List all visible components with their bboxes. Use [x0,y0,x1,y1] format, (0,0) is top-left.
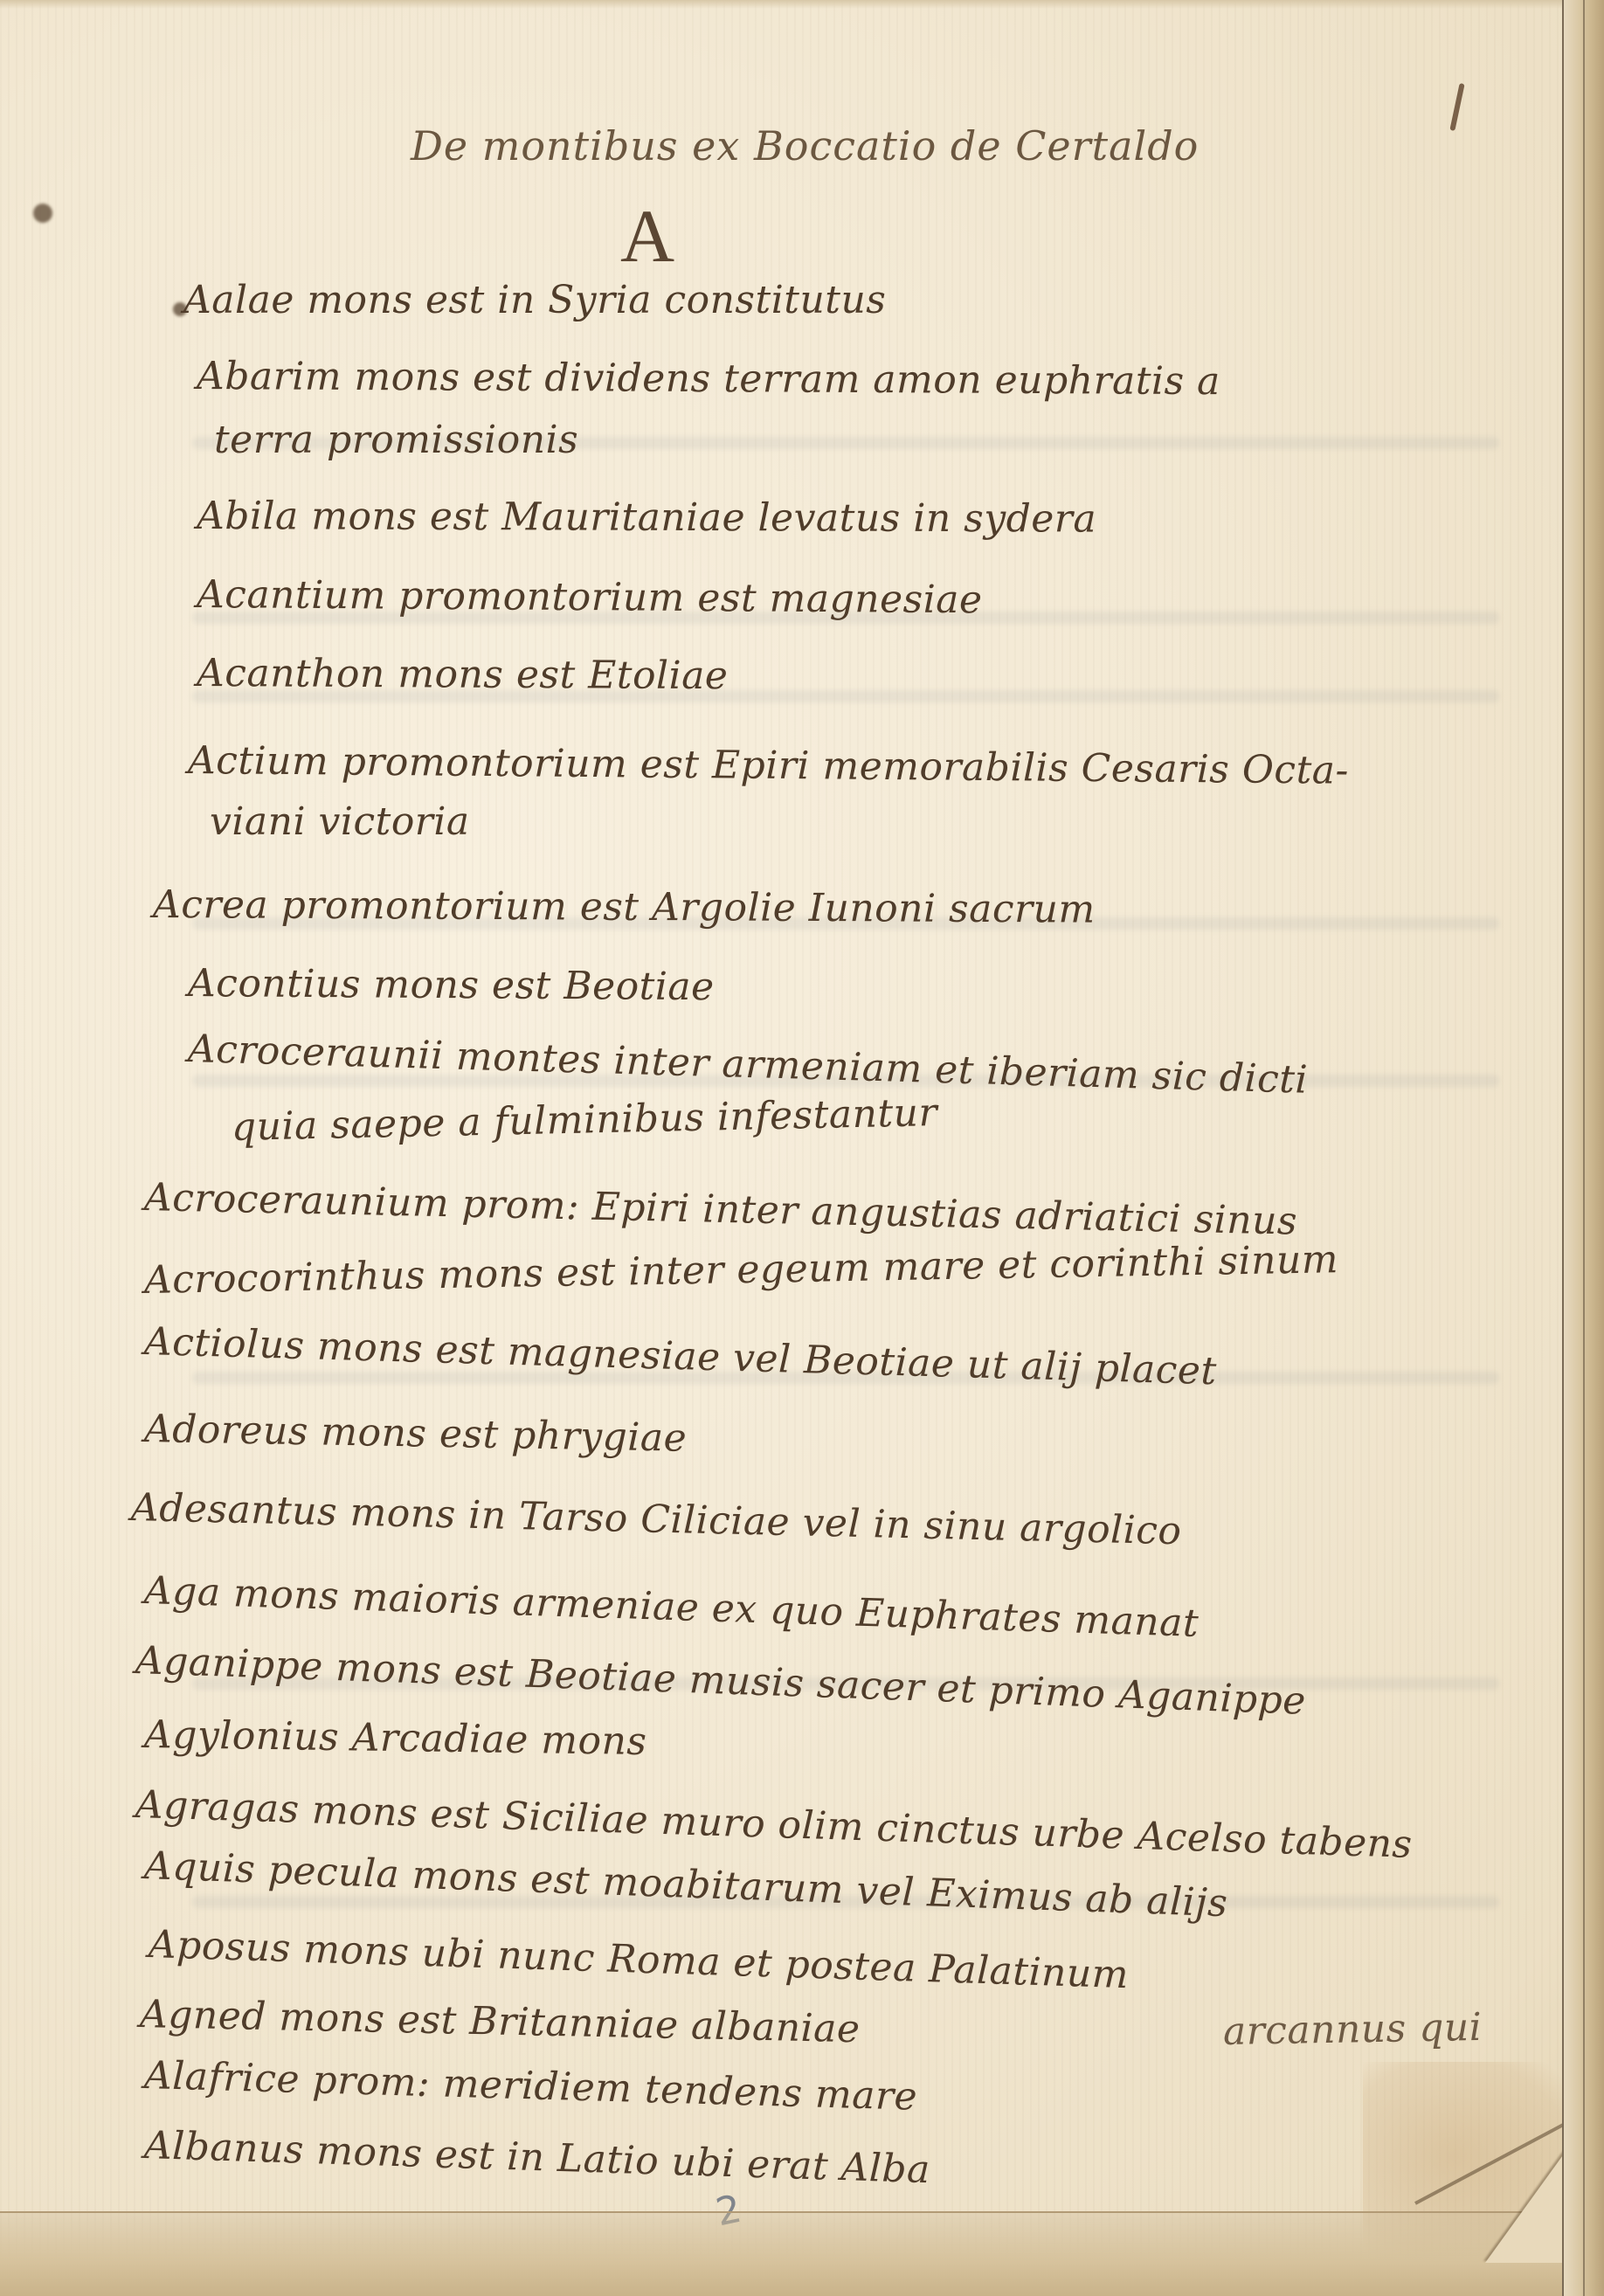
manuscript-line: viani victoria [210,799,470,844]
stained-bottom-margin [0,2211,1604,2296]
manuscript-line: Aalae mons est in Syria constitutus [183,278,886,322]
manuscript-line: Acontius mons est Beotiae [188,961,715,1009]
manuscript-line: Abila mons est Mauritaniae levatus in sy… [197,494,1096,542]
manuscript-line: Abarim mons est dividens terram amon eup… [197,354,1220,404]
manuscript-line: Acroceraunium prom: Epiri inter angustia… [143,1175,1297,1244]
manuscript-page: De montibus ex Boccatio de Certaldo A Aa… [0,0,1604,2296]
manuscript-line: Adesantus mons in Tarso Ciliciae vel in … [130,1485,1182,1553]
section-letter: A [620,192,674,280]
manuscript-line: Actium promontorium est Epiri memorabili… [188,738,1349,793]
binding-line [1583,0,1585,2296]
manuscript-line: Aganippe mons est Beotiae musis sacer et… [135,1638,1307,1724]
margin-stroke-mark [1449,83,1464,131]
manuscript-line: Acrocorinthus mons est inter egeum mare … [144,1237,1339,1303]
line-fragment: arcannus qui [1223,2005,1483,2054]
manuscript-line: Alafrice prom: meridiem tendens mare [143,2053,918,2120]
ink-blot [33,204,52,223]
manuscript-line: Albanus mons est in Latio ubi erat Alba [143,2123,930,2192]
page-top-edge [0,0,1564,9]
manuscript-line: Acroceraunii montes inter armeniam et ib… [187,1027,1308,1103]
manuscript-line: Acantium promontorium est magnesiae [197,572,983,622]
page-title: De montibus ex Boccatio de Certaldo [411,122,1199,169]
manuscript-line: Acanthon mons est Etoliae [197,651,729,698]
manuscript-line: Agned mons est Britanniae albaniae [139,1992,861,2051]
manuscript-line: Agylonius Arcadiae mons [144,1712,647,1764]
manuscript-line: Aposus mons ubi nunc Roma et postea Pala… [148,1922,1130,1997]
manuscript-line: Aga mons maioris armeniae ex quo Euphrat… [143,1568,1200,1646]
manuscript-line: terra promissionis [214,418,578,462]
manuscript-line: Adoreus mons est phrygiae [144,1407,688,1461]
manuscript-line: Acrea promontorium est Argolie Iunoni sa… [153,882,1096,932]
manuscript-line: quia saepe a fulminibus infestantur [231,1090,937,1150]
